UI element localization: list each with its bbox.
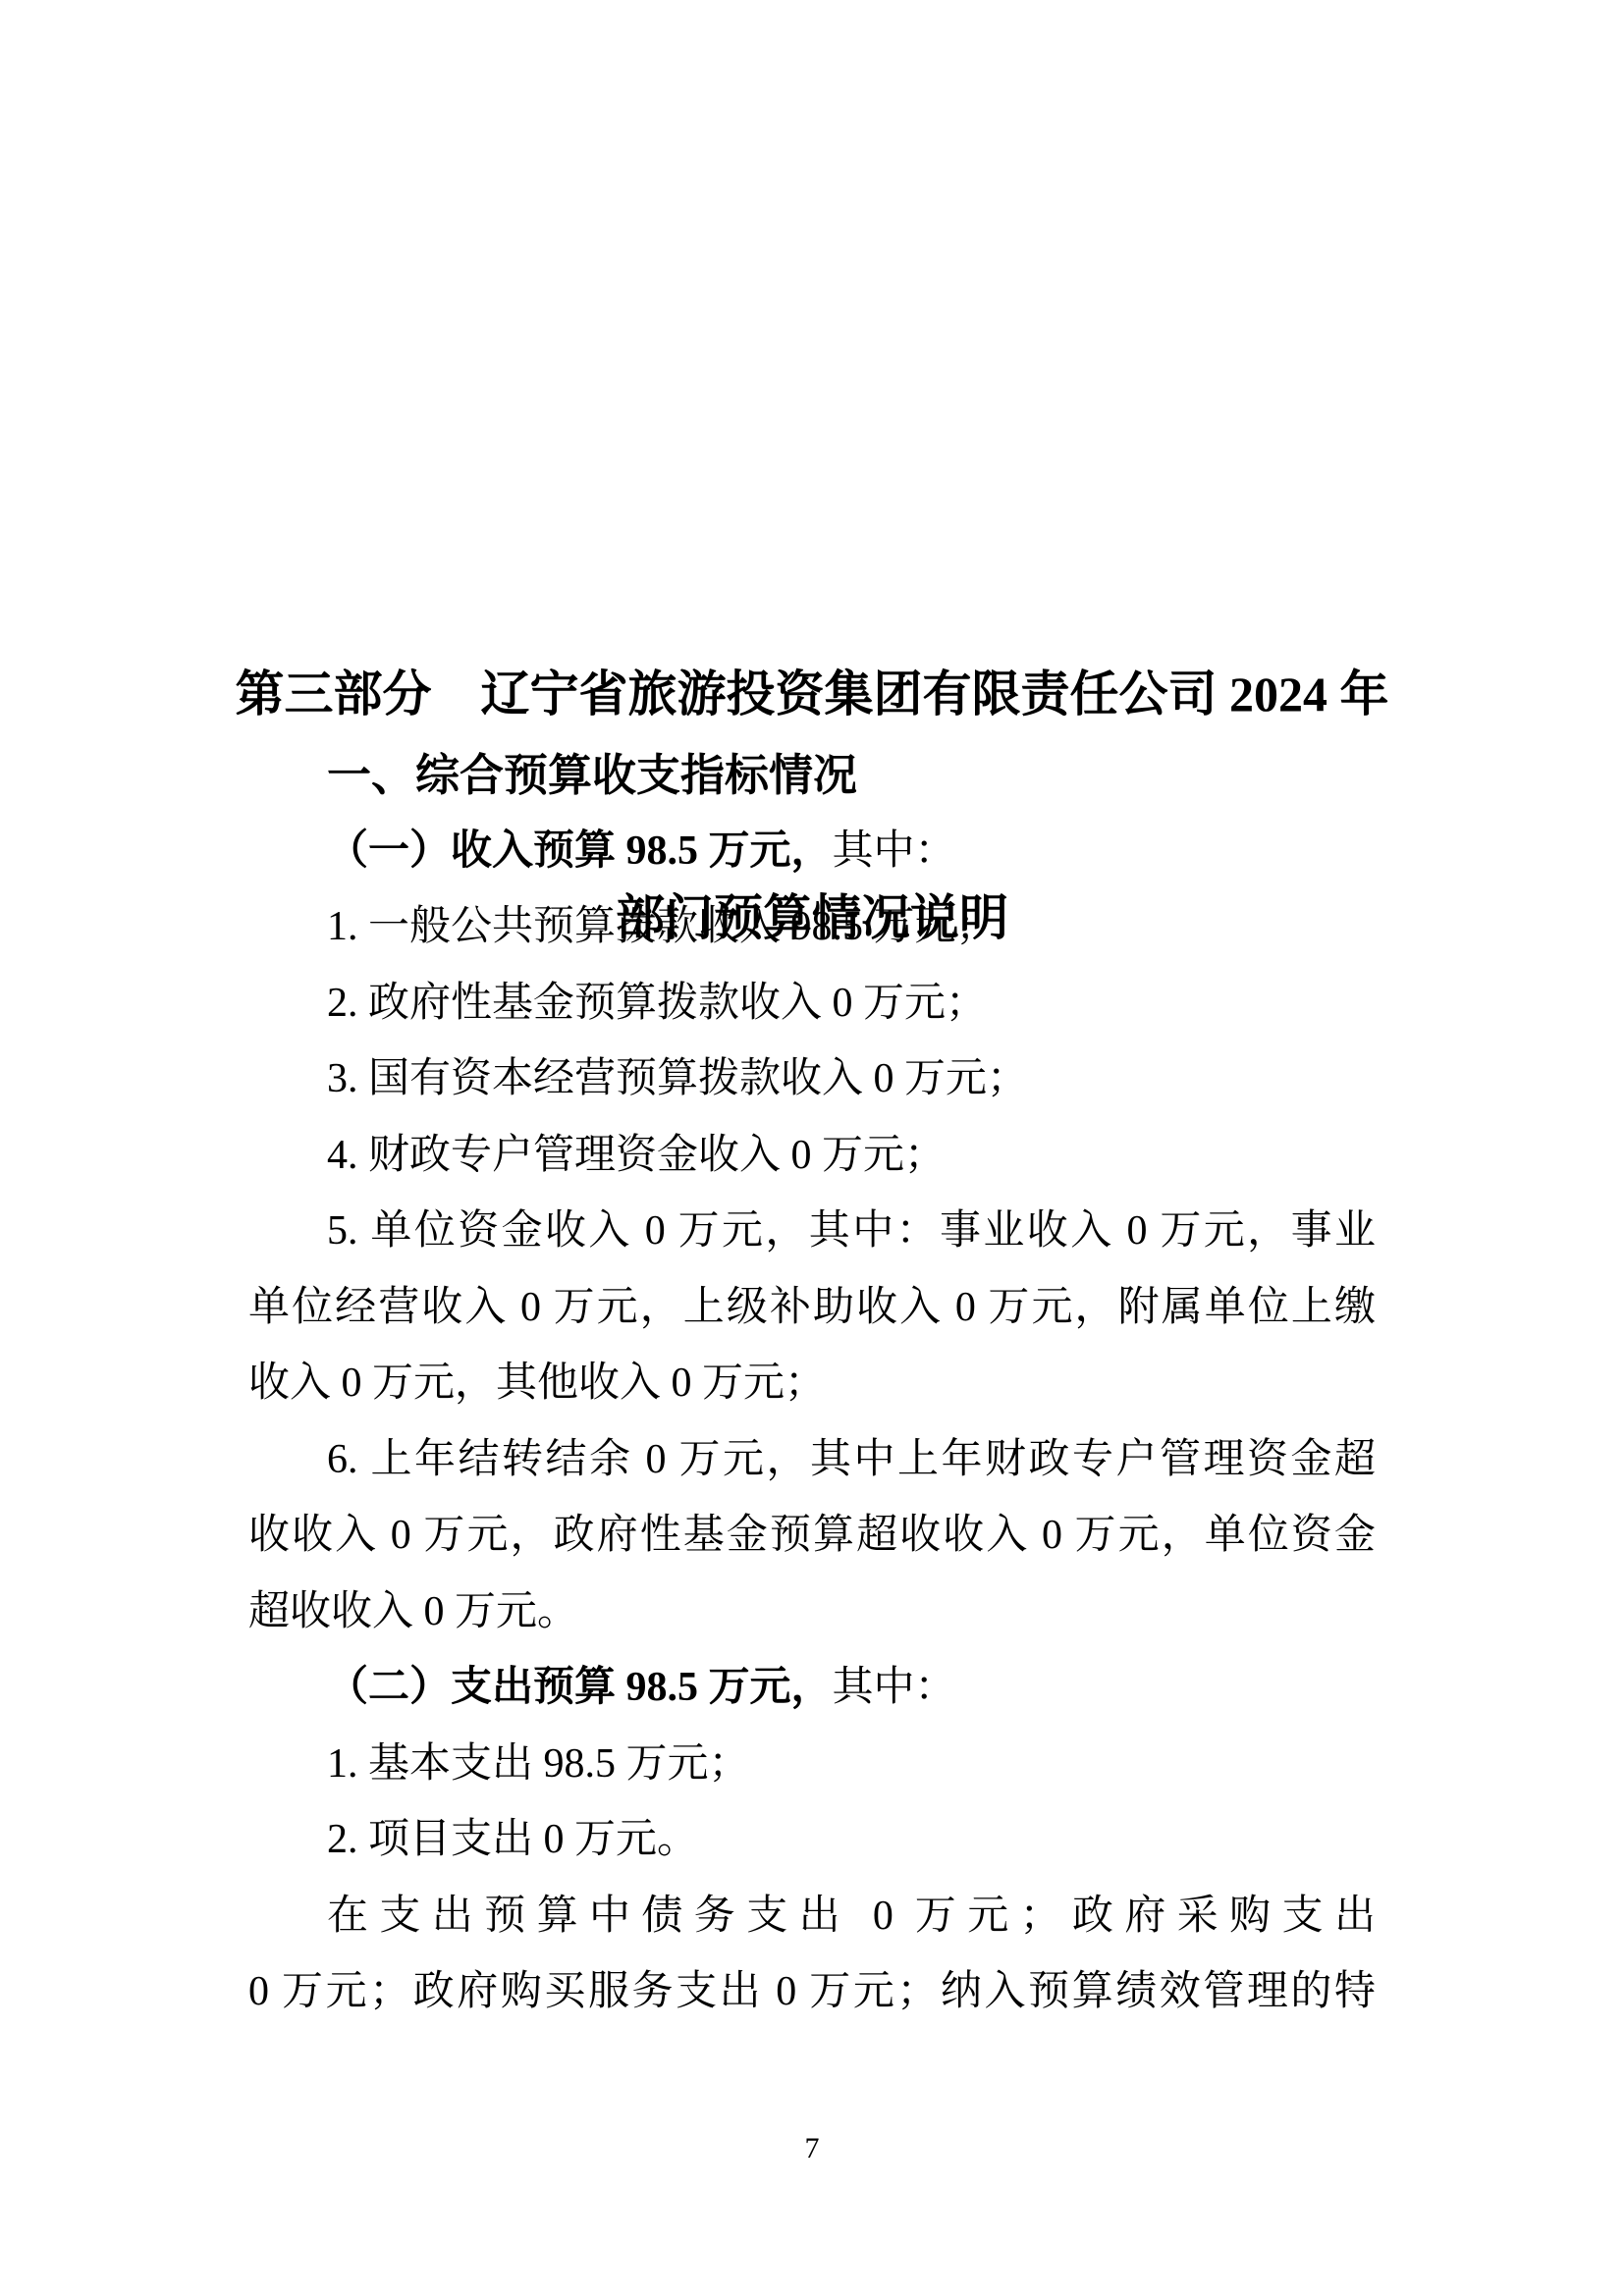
text-line: 1. 基本支出 98.5 万元； (248, 1727, 1376, 1803)
text-segment: 1. 一般公共预算拨款收入 98.5 万元； (327, 904, 998, 949)
text-segment: 1. 基本支出 98.5 万元； (327, 1741, 750, 1787)
text-segment: 3. 国有资本经营预算拨款收入 0 万元； (327, 1056, 1028, 1101)
text-segment: 0 万元；政府购买服务支出 0 万元；纳入预算绩效管理的特 (248, 1969, 1376, 2014)
text-segment: 其中： (833, 1665, 956, 1710)
subsection-heading: （一）收入预算 98.5 万元，其中： (248, 814, 1376, 890)
text-segment: 一、综合预算收支指标情况 (327, 750, 857, 800)
text-line: 收入 0 万元，其他收入 0 万元； (248, 1346, 1376, 1422)
body-text: 一、综合预算收支指标情况（一）收入预算 98.5 万元，其中：1. 一般公共预算… (248, 737, 1376, 2031)
text-line: 1. 一般公共预算拨款收入 98.5 万元； (248, 889, 1376, 966)
text-line: 6. 上年结转结余 0 万元，其中上年财政专户管理资金超 (248, 1422, 1376, 1499)
text-segment: 其中： (833, 828, 956, 874)
text-line: 3. 国有资本经营预算拨款收入 0 万元； (248, 1041, 1376, 1118)
text-segment: 2. 政府性基金预算拨款收入 0 万元； (327, 981, 987, 1026)
text-line: 超收收入 0 万元。 (248, 1575, 1376, 1651)
text-segment: 5. 单位资金收入 0 万元，其中：事业收入 0 万元，事业 (327, 1208, 1376, 1254)
text-segment: 4. 财政专户管理资金收入 0 万元； (327, 1133, 946, 1178)
text-segment: 收收入 0 万元，政府性基金预算超收收入 0 万元，单位资金 (248, 1513, 1376, 1558)
text-line: 单位经营收入 0 万元，上级补助收入 0 万元，附属单位上缴 (248, 1270, 1376, 1347)
text-line: 收收入 0 万元，政府性基金预算超收收入 0 万元，单位资金 (248, 1498, 1376, 1575)
page-number: 7 (0, 2132, 1624, 2165)
text-line: 2. 项目支出 0 万元。 (248, 1802, 1376, 1879)
text-segment: 6. 上年结转结余 0 万元，其中上年财政专户管理资金超 (327, 1437, 1376, 1482)
text-segment: 超收收入 0 万元。 (248, 1589, 578, 1634)
section-heading: 一、综合预算收支指标情况 (248, 737, 1376, 814)
text-segment: （一）收入预算 98.5 万元， (327, 828, 833, 874)
text-line: 0 万元；政府购买服务支出 0 万元；纳入预算绩效管理的特 (248, 1954, 1376, 2031)
text-segment: 2. 项目支出 0 万元。 (327, 1817, 698, 1862)
text-segment: （二）支出预算 98.5 万元， (327, 1665, 833, 1710)
text-segment: 单位经营收入 0 万元，上级补助收入 0 万元，附属单位上缴 (248, 1285, 1376, 1330)
text-line: 4. 财政专户管理资金收入 0 万元； (248, 1118, 1376, 1195)
text-line: 5. 单位资金收入 0 万元，其中：事业收入 0 万元，事业 (248, 1194, 1376, 1270)
text-segment: 在支出预算中债务支出 0 万元；政府采购支出 (327, 1894, 1376, 1939)
document-page: 第三部分 辽宁省旅游投资集团有限责任公司 2024 年 部门预算情况说明 一、综… (0, 0, 1624, 2296)
text-line: 2. 政府性基金预算拨款收入 0 万元； (248, 966, 1376, 1042)
title-line-1: 第三部分 辽宁省旅游投资集团有限责任公司 2024 年 (0, 657, 1624, 731)
text-segment: 收入 0 万元，其他收入 0 万元； (248, 1361, 826, 1406)
subsection-heading: （二）支出预算 98.5 万元，其中： (248, 1650, 1376, 1727)
text-line: 在支出预算中债务支出 0 万元；政府采购支出 (248, 1879, 1376, 1955)
